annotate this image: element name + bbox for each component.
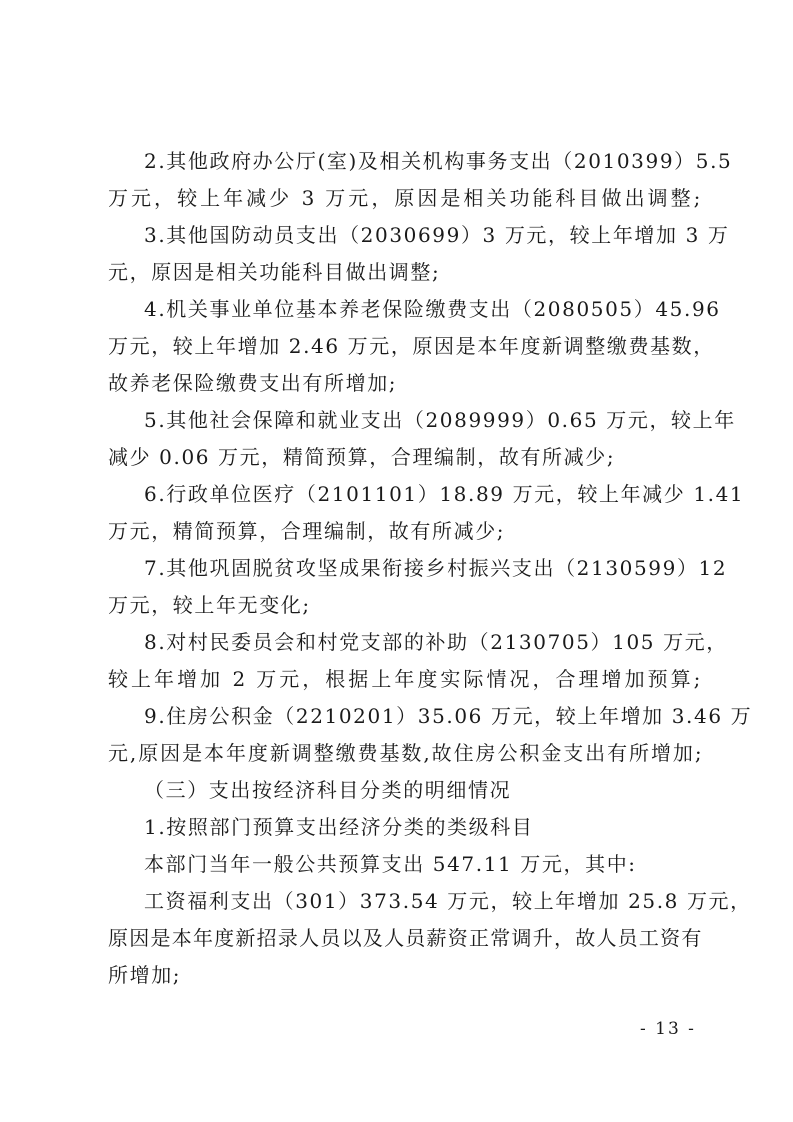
paragraph-line: 5.其他社会保障和就业支出（2089999）0.65 万元，较上年 bbox=[144, 407, 702, 433]
paragraph-line: 元，原因是相关功能科目做出调整; bbox=[108, 259, 702, 285]
subsection-heading: 1.按照部门预算支出经济分类的类级科目 bbox=[144, 814, 702, 840]
paragraph-line: 工资福利支出（301）373.54 万元，较上年增加 25.8 万元， bbox=[144, 888, 702, 914]
paragraph-line: 6.行政单位医疗（2101101）18.89 万元，较上年减少 1.41 bbox=[144, 481, 702, 507]
paragraph-line: 万元，较上年增加 2.46 万元，原因是本年度新调整缴费基数， bbox=[108, 333, 702, 359]
page-number: - 13 - bbox=[640, 1019, 696, 1039]
paragraph-line: 万元，较上年减少 3 万元，原因是相关功能科目做出调整; bbox=[108, 185, 702, 211]
paragraph-line: 7.其他巩固脱贫攻坚成果衔接乡村振兴支出（2130599）12 bbox=[144, 555, 702, 581]
paragraph-line: 所增加; bbox=[108, 962, 702, 988]
paragraph-line: 8.对村民委员会和村党支部的补助（2130705）105 万元， bbox=[144, 629, 702, 655]
paragraph-line: 本部门当年一般公共预算支出 547.11 万元，其中: bbox=[144, 851, 702, 877]
paragraph-line: 3.其他国防动员支出（2030699）3 万元，较上年增加 3 万 bbox=[144, 222, 702, 248]
paragraph-line: 4.机关事业单位基本养老保险缴费支出（2080505）45.96 bbox=[144, 296, 702, 322]
paragraph-line: 原因是本年度新招录人员以及人员薪资正常调升，故人员工资有 bbox=[108, 925, 702, 951]
paragraph-line: 减少 0.06 万元，精简预算，合理编制，故有所减少; bbox=[108, 444, 702, 470]
paragraph-line: 较上年增加 2 万元，根据上年度实际情况，合理增加预算; bbox=[108, 666, 702, 692]
paragraph-line: 故养老保险缴费支出有所增加; bbox=[108, 370, 702, 396]
paragraph-line: 2.其他政府办公厅(室)及相关机构事务支出（2010399）5.5 bbox=[144, 148, 702, 174]
section-heading: （三）支出按经济科目分类的明细情况 bbox=[144, 777, 702, 803]
paragraph-line: 万元，较上年无变化; bbox=[108, 592, 702, 618]
paragraph-line: 万元，精简预算，合理编制，故有所减少; bbox=[108, 518, 702, 544]
document-page: 2.其他政府办公厅(室)及相关机构事务支出（2010399）5.5 万元，较上年… bbox=[0, 0, 793, 1122]
paragraph-line: 9.住房公积金（2210201）35.06 万元，较上年增加 3.46 万 bbox=[144, 703, 702, 729]
paragraph-line: 元,原因是本年度新调整缴费基数,故住房公积金支出有所增加; bbox=[108, 740, 702, 766]
